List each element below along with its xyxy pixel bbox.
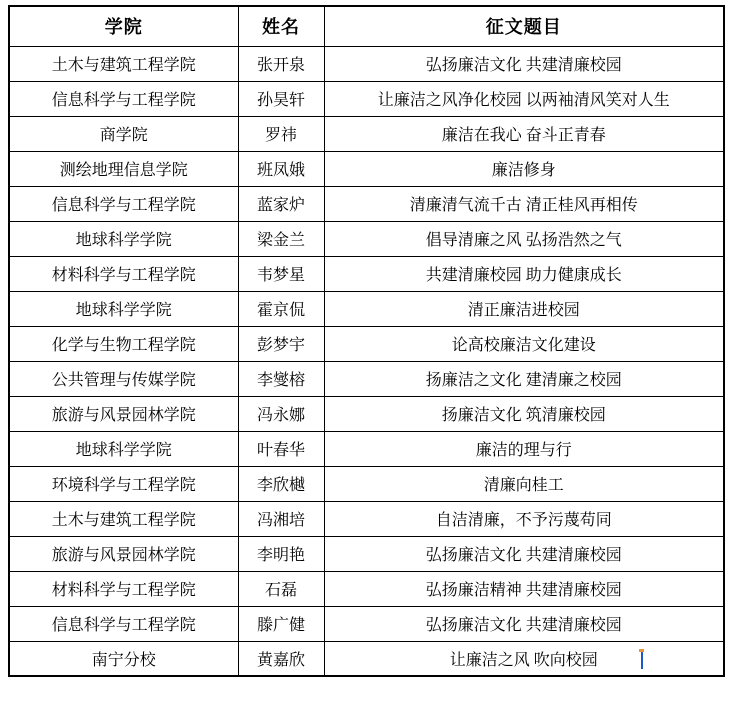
- table-row: 公共管理与传媒学院李燮榕扬廉洁之文化 建清廉之校园: [9, 361, 724, 396]
- name-cell[interactable]: 李燮榕: [238, 361, 324, 396]
- title-cell[interactable]: 廉洁在我心 奋斗正青春: [324, 116, 724, 151]
- name-cell[interactable]: 滕广健: [238, 606, 324, 641]
- table-row: 信息科学与工程学院滕广健弘扬廉洁文化 共建清廉校园: [9, 606, 724, 641]
- college-cell[interactable]: 信息科学与工程学院: [9, 81, 238, 116]
- title-cell[interactable]: 论高校廉洁文化建设: [324, 326, 724, 361]
- title-cell[interactable]: 让廉洁之风 吹向校园: [324, 641, 724, 676]
- college-cell[interactable]: 信息科学与工程学院: [9, 186, 238, 221]
- college-cell[interactable]: 土木与建筑工程学院: [9, 46, 238, 81]
- title-cell[interactable]: 廉洁的理与行: [324, 431, 724, 466]
- name-cell[interactable]: 彭梦宇: [238, 326, 324, 361]
- name-cell[interactable]: 罗祎: [238, 116, 324, 151]
- college-cell[interactable]: 旅游与风景园林学院: [9, 536, 238, 571]
- title-cell[interactable]: 弘扬廉洁精神 共建清廉校园: [324, 571, 724, 606]
- title-cell[interactable]: 让廉洁之风净化校园 以两袖清风笑对人生: [324, 81, 724, 116]
- title-cell[interactable]: 扬廉洁之文化 建清廉之校园: [324, 361, 724, 396]
- table-row: 地球科学学院霍京侃清正廉洁进校园: [9, 291, 724, 326]
- name-cell[interactable]: 张开泉: [238, 46, 324, 81]
- table-row: 材料科学与工程学院韦梦星共建清廉校园 助力健康成长: [9, 256, 724, 291]
- college-cell[interactable]: 材料科学与工程学院: [9, 256, 238, 291]
- name-cell[interactable]: 冯湘培: [238, 501, 324, 536]
- college-cell[interactable]: 南宁分校: [9, 641, 238, 676]
- title-cell[interactable]: 清正廉洁进校园: [324, 291, 724, 326]
- name-cell[interactable]: 石磊: [238, 571, 324, 606]
- name-cell[interactable]: 韦梦星: [238, 256, 324, 291]
- title-cell[interactable]: 弘扬廉洁文化 共建清廉校园: [324, 536, 724, 571]
- header-essay-title[interactable]: 征文题目: [324, 6, 724, 46]
- name-cell[interactable]: 梁金兰: [238, 221, 324, 256]
- table-row: 信息科学与工程学院孙昊轩让廉洁之风净化校园 以两袖清风笑对人生: [9, 81, 724, 116]
- college-cell[interactable]: 旅游与风景园林学院: [9, 396, 238, 431]
- title-cell[interactable]: 清廉清气流千古 清正桂风再相传: [324, 186, 724, 221]
- name-cell[interactable]: 李欣樾: [238, 466, 324, 501]
- college-cell[interactable]: 地球科学学院: [9, 291, 238, 326]
- college-cell[interactable]: 地球科学学院: [9, 221, 238, 256]
- college-cell[interactable]: 环境科学与工程学院: [9, 466, 238, 501]
- title-cell[interactable]: 廉洁修身: [324, 151, 724, 186]
- college-cell[interactable]: 信息科学与工程学院: [9, 606, 238, 641]
- title-cell[interactable]: 共建清廉校园 助力健康成长: [324, 256, 724, 291]
- table-row: 信息科学与工程学院蓝家炉清廉清气流千古 清正桂风再相传: [9, 186, 724, 221]
- table-row: 商学院罗祎廉洁在我心 奋斗正青春: [9, 116, 724, 151]
- college-cell[interactable]: 化学与生物工程学院: [9, 326, 238, 361]
- table-row: 地球科学学院梁金兰倡导清廉之风 弘扬浩然之气: [9, 221, 724, 256]
- title-cell[interactable]: 自洁清廉，不予污蔑苟同: [324, 501, 724, 536]
- table-row: 材料科学与工程学院石磊弘扬廉洁精神 共建清廉校园: [9, 571, 724, 606]
- table-row: 土木与建筑工程学院张开泉弘扬廉洁文化 共建清廉校园: [9, 46, 724, 81]
- table-row: 测绘地理信息学院班凤娥廉洁修身: [9, 151, 724, 186]
- title-cell[interactable]: 清廉向桂工: [324, 466, 724, 501]
- title-cell[interactable]: 弘扬廉洁文化 共建清廉校园: [324, 606, 724, 641]
- table-row: 南宁分校黄嘉欣让廉洁之风 吹向校园: [9, 641, 724, 676]
- table-row: 地球科学学院叶春华廉洁的理与行: [9, 431, 724, 466]
- name-cell[interactable]: 蓝家炉: [238, 186, 324, 221]
- header-college[interactable]: 学院: [9, 6, 238, 46]
- title-cell[interactable]: 倡导清廉之风 弘扬浩然之气: [324, 221, 724, 256]
- name-cell[interactable]: 冯永娜: [238, 396, 324, 431]
- table-row: 化学与生物工程学院彭梦宇论高校廉洁文化建设: [9, 326, 724, 361]
- table-row: 环境科学与工程学院李欣樾清廉向桂工: [9, 466, 724, 501]
- table-row: 旅游与风景园林学院李明艳弘扬廉洁文化 共建清廉校园: [9, 536, 724, 571]
- college-cell[interactable]: 地球科学学院: [9, 431, 238, 466]
- name-cell[interactable]: 班凤娥: [238, 151, 324, 186]
- college-cell[interactable]: 材料科学与工程学院: [9, 571, 238, 606]
- document-page: 学院 姓名 征文题目 土木与建筑工程学院张开泉弘扬廉洁文化 共建清廉校园信息科学…: [0, 0, 737, 723]
- title-cell[interactable]: 弘扬廉洁文化 共建清廉校园: [324, 46, 724, 81]
- college-cell[interactable]: 公共管理与传媒学院: [9, 361, 238, 396]
- college-cell[interactable]: 土木与建筑工程学院: [9, 501, 238, 536]
- table-row: 土木与建筑工程学院冯湘培自洁清廉，不予污蔑苟同: [9, 501, 724, 536]
- header-name[interactable]: 姓名: [238, 6, 324, 46]
- title-cell[interactable]: 扬廉洁文化 筑清廉校园: [324, 396, 724, 431]
- name-cell[interactable]: 李明艳: [238, 536, 324, 571]
- name-cell[interactable]: 孙昊轩: [238, 81, 324, 116]
- table-header-row: 学院 姓名 征文题目: [9, 6, 724, 46]
- name-cell[interactable]: 霍京侃: [238, 291, 324, 326]
- college-cell[interactable]: 商学院: [9, 116, 238, 151]
- table-body: 土木与建筑工程学院张开泉弘扬廉洁文化 共建清廉校园信息科学与工程学院孙昊轩让廉洁…: [9, 46, 724, 676]
- essay-list-table: 学院 姓名 征文题目 土木与建筑工程学院张开泉弘扬廉洁文化 共建清廉校园信息科学…: [8, 5, 725, 677]
- name-cell[interactable]: 叶春华: [238, 431, 324, 466]
- table-row: 旅游与风景园林学院冯永娜扬廉洁文化 筑清廉校园: [9, 396, 724, 431]
- college-cell[interactable]: 测绘地理信息学院: [9, 151, 238, 186]
- name-cell[interactable]: 黄嘉欣: [238, 641, 324, 676]
